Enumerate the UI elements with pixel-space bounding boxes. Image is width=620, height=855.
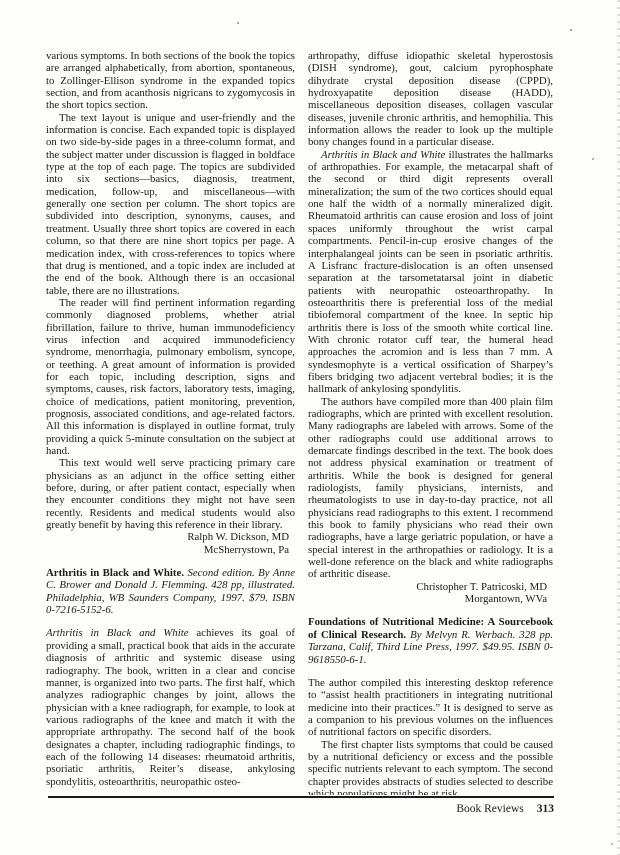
book-review-heading: Arthritis in Black and White. Second edi… (46, 567, 295, 616)
page-number: 313 (537, 802, 554, 816)
scan-speck (237, 22, 239, 24)
scan-speck (592, 158, 594, 160)
scan-speck (570, 29, 572, 31)
review-paragraph: arthropathy, diffuse idiopathic skeletal… (308, 50, 553, 149)
review-paragraph: The first chapter lists symptoms that co… (308, 739, 553, 795)
book-title-reference: Arthritis in Black and White (321, 149, 445, 161)
scan-speck (611, 843, 613, 845)
review-paragraph: various symptoms. In both sections of th… (46, 50, 295, 112)
reviewer-location: Morgantown, WVa (308, 593, 553, 605)
book-title: Arthritis in Black and White. (46, 567, 184, 579)
footer-section-label: Book Reviews (456, 802, 523, 816)
review-paragraph: Arthritis in Black and White illustrates… (308, 149, 553, 396)
review-paragraph: The reader will find pertinent informati… (46, 297, 295, 457)
journal-page: various symptoms. In both sections of th… (0, 0, 620, 855)
review-paragraph: The author compiled this interesting des… (308, 677, 553, 739)
left-column: various symptoms. In both sections of th… (46, 50, 295, 795)
paragraph-text: achieves its goal of providing a small, … (46, 627, 295, 787)
book-review-heading: Foundations of Nutritional Medicine: A S… (308, 616, 553, 665)
review-paragraph: The authors have compiled more than 400 … (308, 396, 553, 581)
reviewer-location: McSherrystown, Pa (46, 544, 295, 556)
right-column: arthropathy, diffuse idiopathic skeletal… (308, 50, 553, 795)
page-footer: Book Reviews 313 (456, 802, 554, 816)
scan-speck (278, 132, 280, 133)
review-paragraph: Arthritis in Black and White achieves it… (46, 627, 295, 787)
reviewer-name: Ralph W. Dickson, MD (46, 531, 295, 543)
review-paragraph: The text layout is unique and user-frien… (46, 112, 295, 297)
footer-divider (48, 796, 554, 798)
paragraph-text: illustrates the hallmarks of arthropathi… (308, 149, 553, 396)
book-title-reference: Arthritis in Black and White (46, 627, 189, 639)
reviewer-name: Christopher T. Patricoski, MD (308, 581, 553, 593)
review-paragraph: This text would well serve practicing pr… (46, 457, 295, 531)
